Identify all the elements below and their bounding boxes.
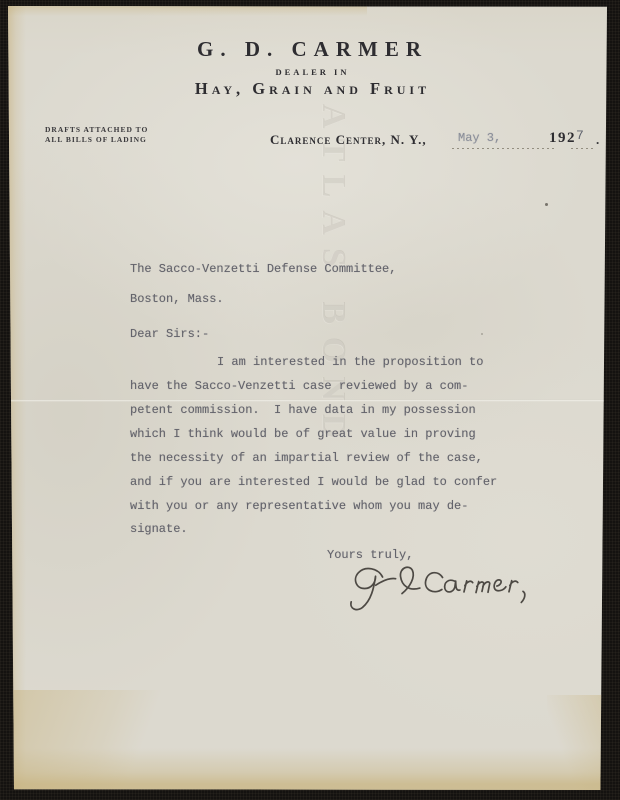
typed-date: May 3, <box>458 131 501 145</box>
business-line: Hay, Grain and Fruit <box>13 79 612 99</box>
salutation: Dear Sirs:- <box>130 327 209 341</box>
shipping-notice-line1: DRAFTS ATTACHED TO <box>45 125 148 135</box>
paper-speck <box>481 333 483 335</box>
letter-paper: ATLAS BOND G. D. CARMER DEALER IN Hay, G… <box>8 6 607 790</box>
shipping-notice: DRAFTS ATTACHED TO ALL BILLS OF LADING <box>45 125 148 144</box>
year-rule <box>571 148 593 149</box>
closing: Yours truly, <box>327 548 413 562</box>
body-line: and if you are interested I would be gla… <box>130 475 497 489</box>
dealer-line: DEALER IN <box>13 67 612 77</box>
year-printed: 192 <box>549 130 576 147</box>
aged-edge-left <box>8 6 26 790</box>
body-line: have the Sacco-Venzetti case reviewed by… <box>130 379 468 393</box>
year-period: . <box>596 132 599 148</box>
shipping-notice-line2: ALL BILLS OF LADING <box>45 135 148 145</box>
signature-script <box>345 559 577 627</box>
scanner-background: ATLAS BOND G. D. CARMER DEALER IN Hay, G… <box>0 0 620 800</box>
place-dateline: Clarence Center, N. Y., <box>270 132 427 148</box>
fold-crease <box>8 399 607 402</box>
watermark-text: ATLAS BOND <box>314 104 352 452</box>
paper-speck <box>545 203 548 206</box>
company-name: G. D. CARMER <box>13 37 612 62</box>
year-typed: 7 <box>576 128 584 143</box>
body-line: I am interested in the proposition to <box>217 355 483 369</box>
body-line: the necessity of an impartial review of … <box>130 451 483 465</box>
body-line: petent commission. I have data in my pos… <box>130 403 476 417</box>
aged-edge-bottom <box>8 744 607 790</box>
aged-edge-top <box>8 6 367 16</box>
body-line: signate. <box>130 522 188 536</box>
aged-edge-bottom-left <box>8 690 178 790</box>
recipient-line-2: Boston, Mass. <box>130 292 224 306</box>
recipient-line-1: The Sacco-Venzetti Defense Committee, <box>130 262 396 276</box>
body-line: which I think would be of great value in… <box>130 427 476 441</box>
aged-edge-bottom-right <box>547 695 607 790</box>
body-line: with you or any representative whom you … <box>130 499 468 513</box>
date-rule <box>452 148 556 149</box>
